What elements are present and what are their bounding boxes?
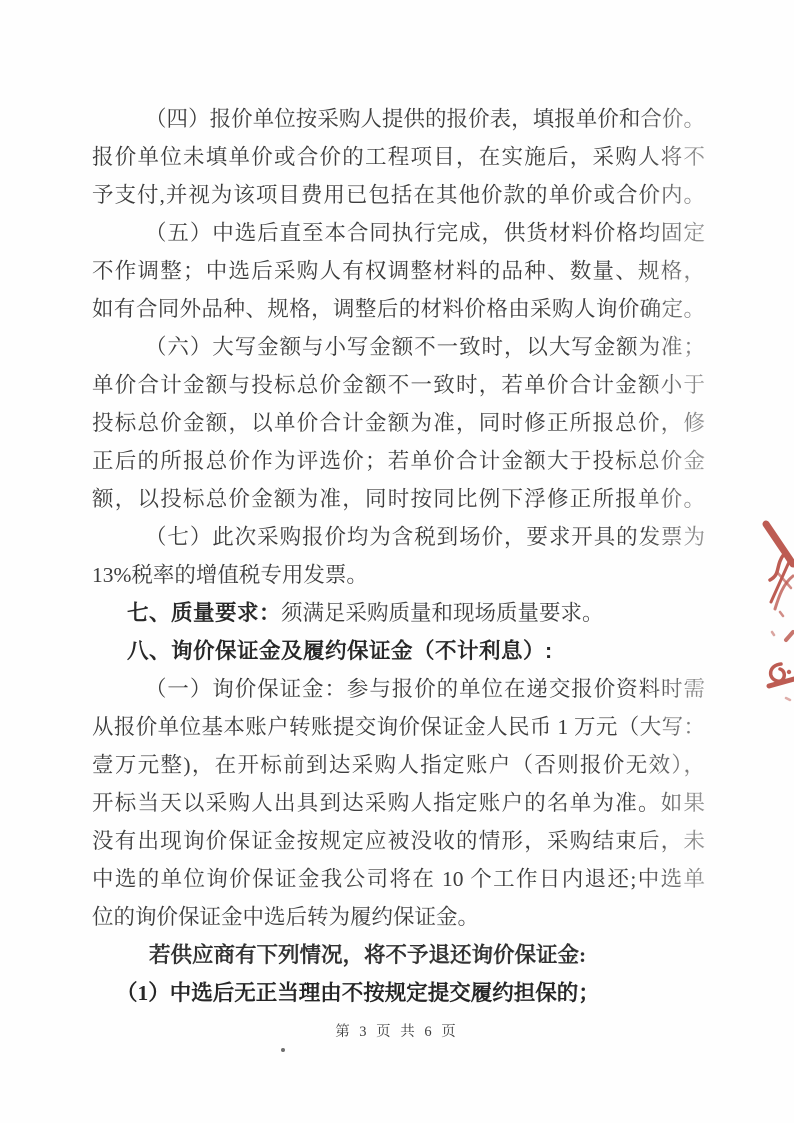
page-number-footer: 第 3 页 共 6 页 bbox=[0, 1020, 794, 1041]
paragraph-line: 位的询价保证金中选后转为履约保证金。 bbox=[92, 898, 705, 936]
paragraph-line: 壹万元整)，在开标前到达采购人指定账户（否则报价无效）， bbox=[92, 746, 705, 784]
paragraph-line: 单价合计金额与投标总价金额不一致时，若单价合计金额小于 bbox=[92, 366, 705, 404]
red-seal-fragment-icon bbox=[750, 512, 794, 707]
paragraph-line: 投标总价金额，以单价合计金额为准，同时修正所报总价，修 bbox=[92, 404, 705, 442]
paragraph-line: 报价单位未填单价或合价的工程项目，在实施后，采购人将不 bbox=[92, 138, 705, 176]
paragraph-line: 13%税率的增值税专用发票。 bbox=[92, 556, 705, 594]
paragraph-line: 不作调整；中选后采购人有权调整材料的品种、数量、规格， bbox=[92, 252, 705, 290]
paragraph-line: （四）报价单位按采购人提供的报价表，填报单价和合价。 bbox=[92, 100, 705, 138]
document-body: （四）报价单位按采购人提供的报价表，填报单价和合价。 报价单位未填单价或合价的工… bbox=[92, 100, 705, 1012]
paragraph-line: 如有合同外品种、规格，调整后的材料价格由采购人询价确定。 bbox=[92, 290, 705, 328]
paragraph-line: 予支付,并视为该项目费用已包括在其他价款的单价或合价内。 bbox=[92, 176, 705, 214]
heading-quality-text: 须满足采购质量和现场质量要求。 bbox=[281, 601, 604, 625]
paragraph-line: 没有出现询价保证金按规定应被没收的情形，采购结束后，未 bbox=[92, 822, 705, 860]
paragraph-line: （七）此次采购报价均为含税到场价，要求开具的发票为 bbox=[92, 518, 705, 556]
document-page: （四）报价单位按采购人提供的报价表，填报单价和合价。 报价单位未填单价或合价的工… bbox=[0, 0, 794, 1123]
paragraph-line: 开标当天以采购人出具到达采购人指定账户的名单为准。如果 bbox=[92, 784, 705, 822]
paragraph-line: （六）大写金额与小写金额不一致时，以大写金额为准； bbox=[92, 328, 705, 366]
paragraph-line: 从报价单位基本账户转账提交询价保证金人民币 1 万元（大写： bbox=[92, 708, 705, 746]
paragraph-line: 中选的单位询价保证金我公司将在 10 个工作日内退还;中选单 bbox=[92, 860, 705, 898]
heading-quality-label: 七、质量要求： bbox=[127, 601, 281, 625]
paragraph-line: （五）中选后直至本合同执行完成，供货材料价格均固定 bbox=[92, 214, 705, 252]
paragraph-line: 额，以投标总价金额为准，同时按同比例下浮修正所报单价。 bbox=[92, 480, 705, 518]
paragraph-line: 正后的所报总价作为评选价；若单价合计金额大于投标总价金 bbox=[92, 442, 705, 480]
note-forfeit-line: 若供应商有下列情况，将不予退还询价保证金: bbox=[92, 936, 705, 974]
sub-item-line: （1）中选后无正当理由不按规定提交履约担保的； bbox=[92, 974, 705, 1012]
paragraph-line: （一）询价保证金：参与报价的单位在递交报价资料时需 bbox=[92, 670, 705, 708]
heading-quality-line: 七、质量要求：须满足采购质量和现场质量要求。 bbox=[92, 594, 705, 632]
scan-speck-artifact bbox=[281, 1048, 285, 1052]
heading-deposit-line: 八、询价保证金及履约保证金（不计利息）: bbox=[92, 632, 705, 670]
